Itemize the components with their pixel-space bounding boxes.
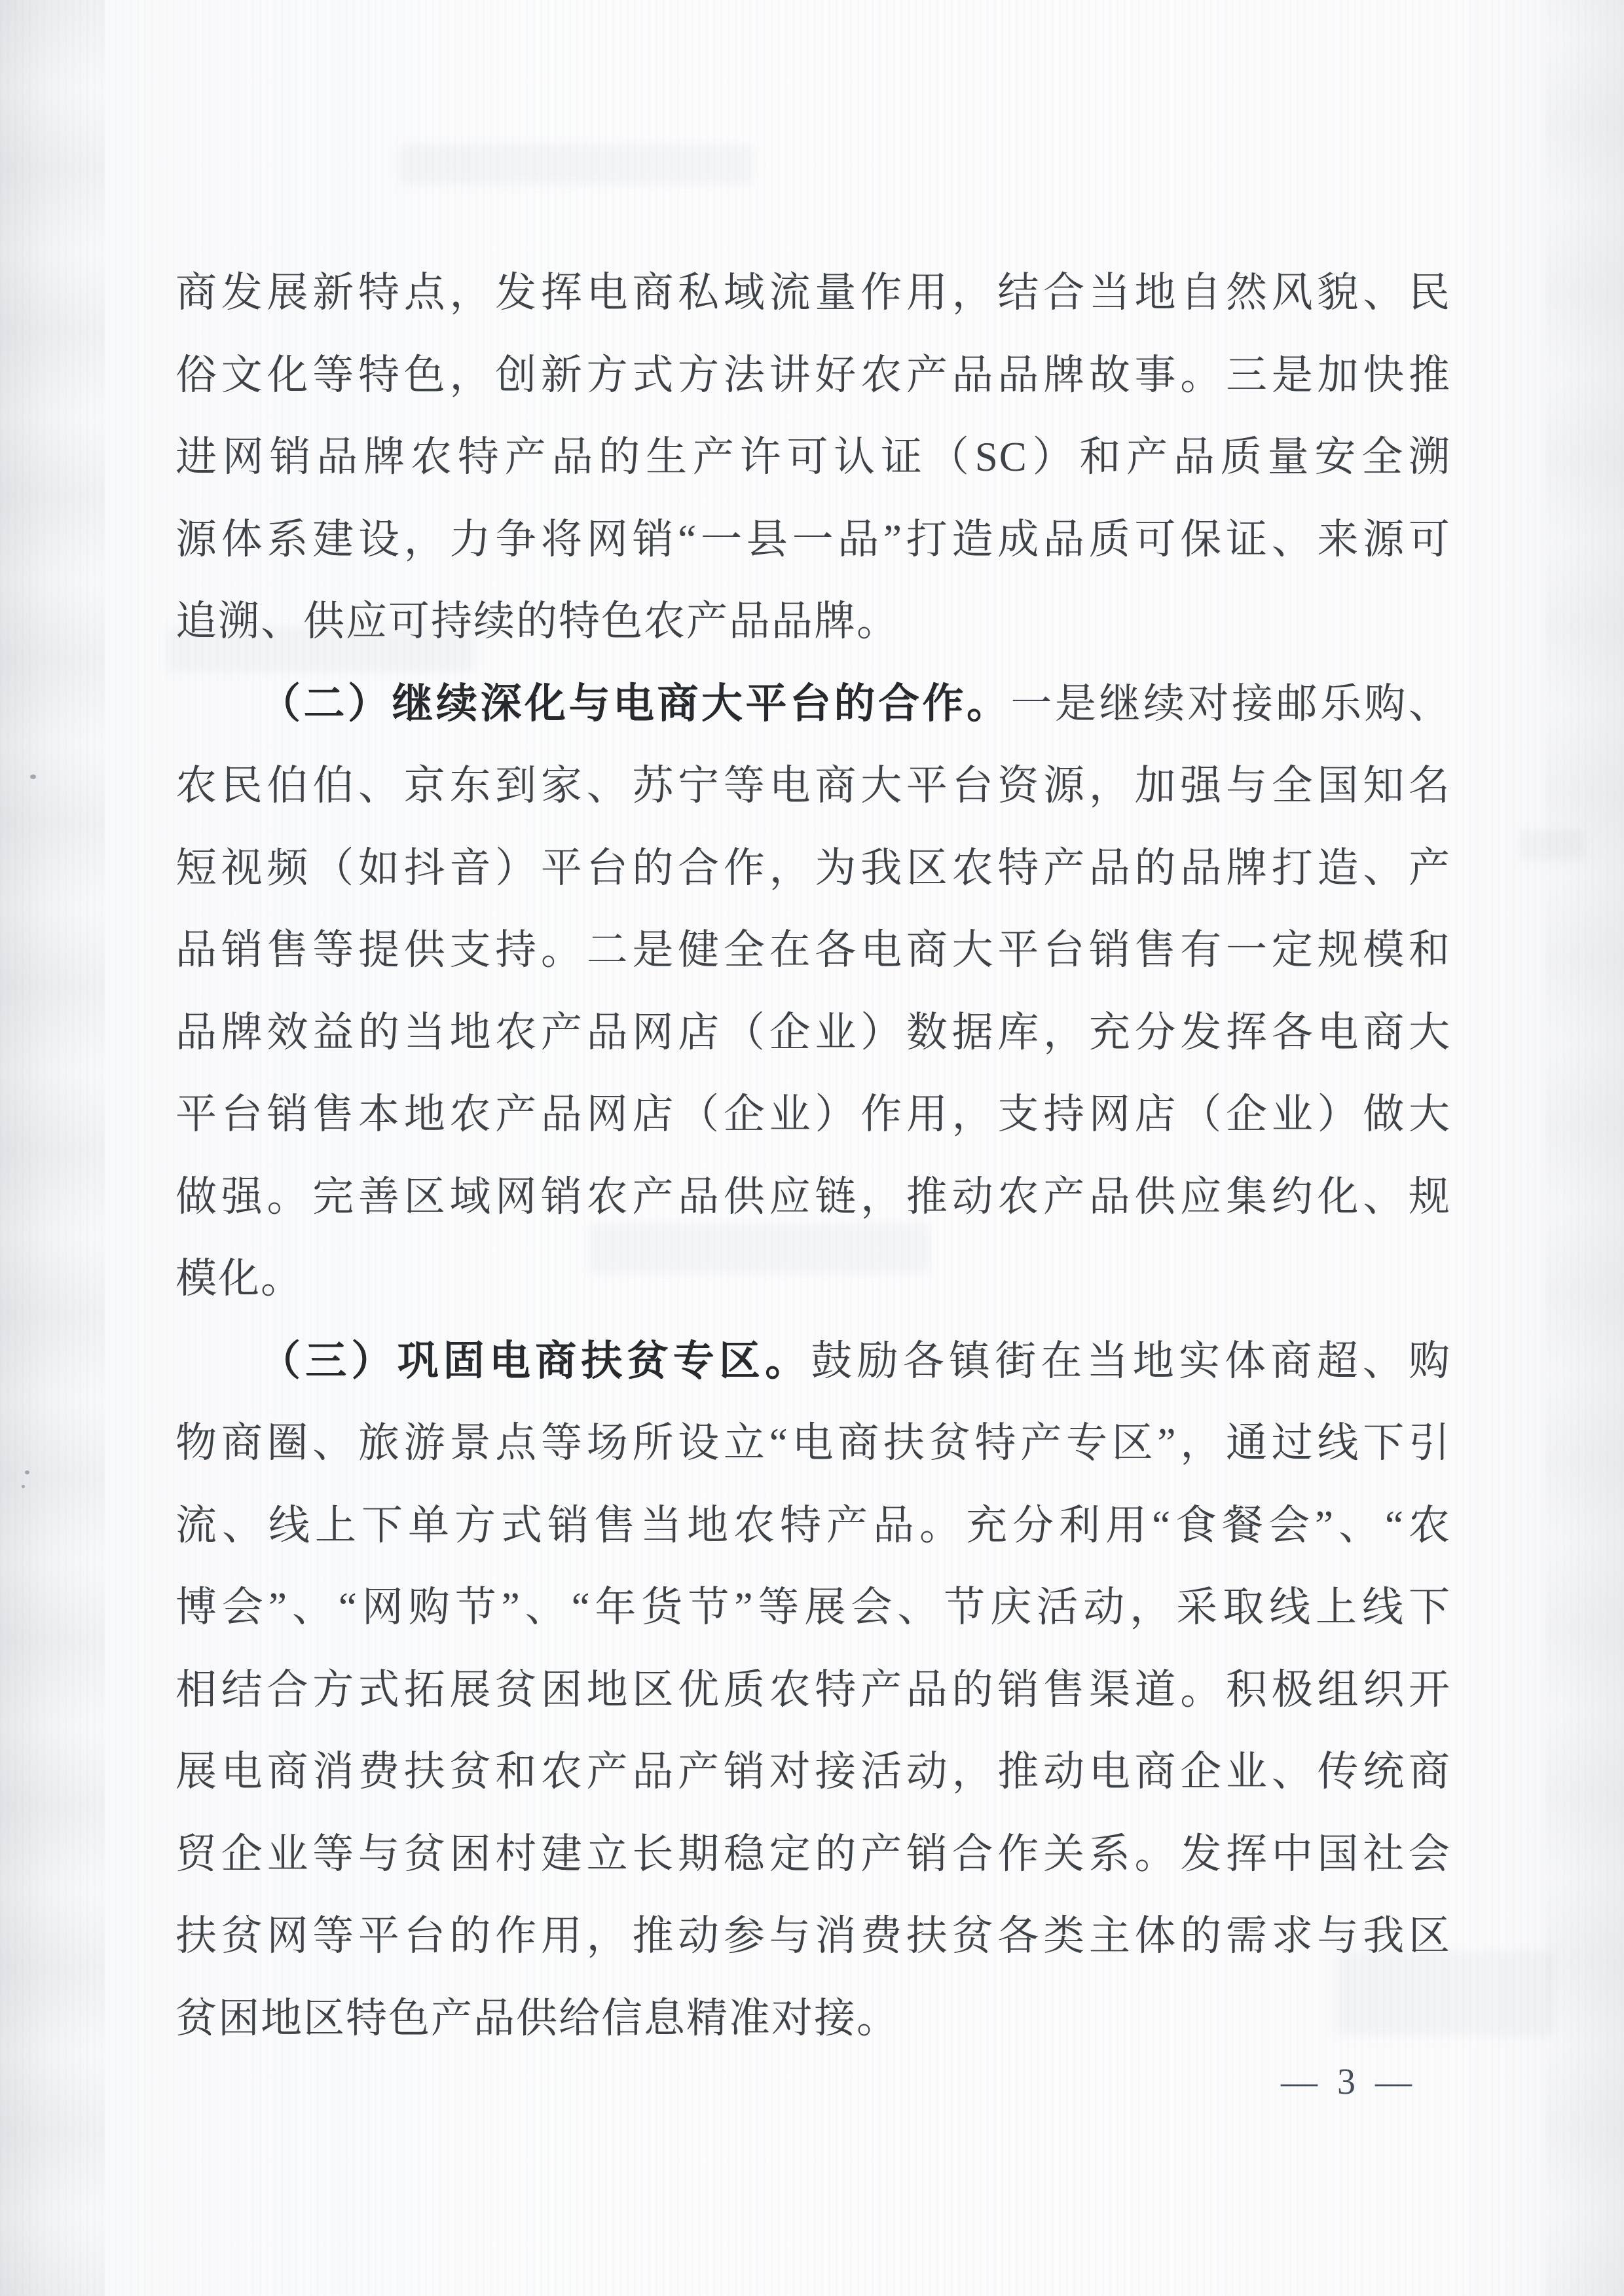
body-text-run: 做强。完善区域网销农产品供应链，推动农产品供应集约化、规 bbox=[175, 1174, 1451, 1220]
body-text-run: 物商圈、旅游景点等场所设立“电商扶贫特产专区”，通过线下引 bbox=[175, 1420, 1451, 1466]
text-line: 源体系建设，力争将网销“一县一品”打造成品质可保证、来源可 bbox=[175, 501, 1451, 583]
text-line: 模化。 bbox=[175, 1240, 1451, 1322]
body-text-run: 贸企业等与贫困村建立长期稳定的产销合作关系。发挥中国社会 bbox=[175, 1831, 1451, 1877]
text-line: 俗文化等特色，创新方式方法讲好农产品品牌故事。三是加快推 bbox=[175, 337, 1451, 419]
body-text-run: 展电商消费扶贫和农产品产销对接活动，推动电商企业、传统商 bbox=[175, 1749, 1451, 1795]
text-line: （二）继续深化与电商大平台的合作。一是继续对接邮乐购、 bbox=[175, 665, 1451, 748]
body-text-run: 追溯、供应可持续的特色农产品品牌。 bbox=[175, 598, 899, 644]
text-line: 扶贫网等平台的作用，推动参与消费扶贫各类主体的需求与我区 bbox=[175, 1897, 1451, 1980]
text-line: 农民伯伯、京东到家、苏宁等电商大平台资源，加强与全国知名 bbox=[175, 747, 1451, 829]
text-line: 物商圈、旅游景点等场所设立“电商扶贫特产专区”，通过线下引 bbox=[175, 1404, 1451, 1487]
text-line: 进网销品牌农特产品的生产许可认证（SC）和产品质量安全溯 bbox=[175, 418, 1451, 501]
text-line: （三）巩固电商扶贫专区。鼓励各镇街在当地实体商超、购 bbox=[175, 1322, 1451, 1405]
text-line: 贫困地区特色产品供给信息精准对接。 bbox=[175, 1980, 1451, 2062]
body-text-run: 平台销售本地农产品网店（企业）作用，支持网店（企业）做大 bbox=[175, 1091, 1451, 1137]
body-text-run: 商发展新特点，发挥电商私域流量作用，结合当地自然风貌、民 bbox=[175, 270, 1451, 316]
body-text-run: 流、线上下单方式销售当地农特产品。充分利用“食餐会”、“农 bbox=[175, 1503, 1451, 1548]
scan-speck bbox=[25, 1470, 29, 1474]
text-line: 短视频（如抖音）平台的合作，为我区农特产品的品牌打造、产 bbox=[175, 829, 1451, 912]
body-text-run: 模化。 bbox=[175, 1256, 303, 1302]
body-text-run: 相结合方式拓展贫困地区优质农特产品的销售渠道。积极组织开 bbox=[175, 1667, 1451, 1713]
text-line: 品牌效益的当地农产品网店（企业）数据库，充分发挥各电商大 bbox=[175, 994, 1451, 1076]
text-line: 展电商消费扶贫和农产品产销对接活动，推动电商企业、传统商 bbox=[175, 1733, 1451, 1815]
body-text-run: 品销售等提供支持。二是健全在各电商大平台销售有一定规模和 bbox=[175, 927, 1451, 973]
body-text-run: 扶贫网等平台的作用，推动参与消费扶贫各类主体的需求与我区 bbox=[175, 1913, 1451, 1959]
text-line: 流、线上下单方式销售当地农特产品。充分利用“食餐会”、“农 bbox=[175, 1487, 1451, 1569]
text-line: 贸企业等与贫困村建立长期稳定的产销合作关系。发挥中国社会 bbox=[175, 1815, 1451, 1898]
body-text-run: 进网销品牌农特产品的生产许可认证（SC）和产品质量安全溯 bbox=[175, 434, 1451, 480]
right-edge-shading bbox=[1545, 0, 1624, 2296]
body-text-run: 农民伯伯、京东到家、苏宁等电商大平台资源，加强与全国知名 bbox=[175, 763, 1451, 809]
bleed-through-smudge bbox=[399, 144, 753, 185]
text-line: 品销售等提供支持。二是健全在各电商大平台销售有一定规模和 bbox=[175, 911, 1451, 994]
document-text: 商发展新特点，发挥电商私域流量作用，结合当地自然风貌、民俗文化等特色，创新方式方… bbox=[175, 254, 1451, 2062]
body-text-run: 短视频（如抖音）平台的合作，为我区农特产品的品牌打造、产 bbox=[175, 845, 1451, 891]
text-line: 做强。完善区域网销农产品供应链，推动农产品供应集约化、规 bbox=[175, 1158, 1451, 1241]
section-heading-run: （二）继续深化与电商大平台的合作。 bbox=[259, 681, 1011, 727]
body-text-run: 鼓励各镇街在当地实体商超、购 bbox=[811, 1338, 1451, 1384]
scanned-document-page: 商发展新特点，发挥电商私域流量作用，结合当地自然风貌、民俗文化等特色，创新方式方… bbox=[0, 0, 1624, 2296]
body-text-run: 博会”、“网购节”、“年货节”等展会、节庆活动，采取线上线下 bbox=[175, 1584, 1451, 1630]
body-text-run: 品牌效益的当地农产品网店（企业）数据库，充分发挥各电商大 bbox=[175, 1010, 1451, 1055]
text-line: 相结合方式拓展贫困地区优质农特产品的销售渠道。积极组织开 bbox=[175, 1651, 1451, 1734]
page-number: — 3 — bbox=[1281, 2062, 1417, 2102]
text-line: 博会”、“网购节”、“年货节”等展会、节庆活动，采取线上线下 bbox=[175, 1569, 1451, 1651]
text-line: 平台销售本地农产品网店（企业）作用，支持网店（企业）做大 bbox=[175, 1076, 1451, 1158]
text-line: 追溯、供应可持续的特色农产品品牌。 bbox=[175, 583, 1451, 665]
body-text-run: 源体系建设，力争将网销“一县一品”打造成品质可保证、来源可 bbox=[175, 517, 1451, 562]
left-edge-shading bbox=[0, 0, 105, 2296]
bleed-through-smudge bbox=[1519, 830, 1585, 860]
section-heading-run: （三）巩固电商扶贫专区。 bbox=[259, 1338, 811, 1384]
scan-speck bbox=[22, 1485, 25, 1488]
body-text-run: 贫困地区特色产品供给信息精准对接。 bbox=[175, 1995, 899, 2041]
text-line: 商发展新特点，发挥电商私域流量作用，结合当地自然风貌、民 bbox=[175, 254, 1451, 337]
body-text-run: 一是继续对接邮乐购、 bbox=[1011, 681, 1452, 727]
scan-speck bbox=[30, 774, 36, 779]
body-text-run: 俗文化等特色，创新方式方法讲好农产品品牌故事。三是加快推 bbox=[175, 352, 1451, 398]
